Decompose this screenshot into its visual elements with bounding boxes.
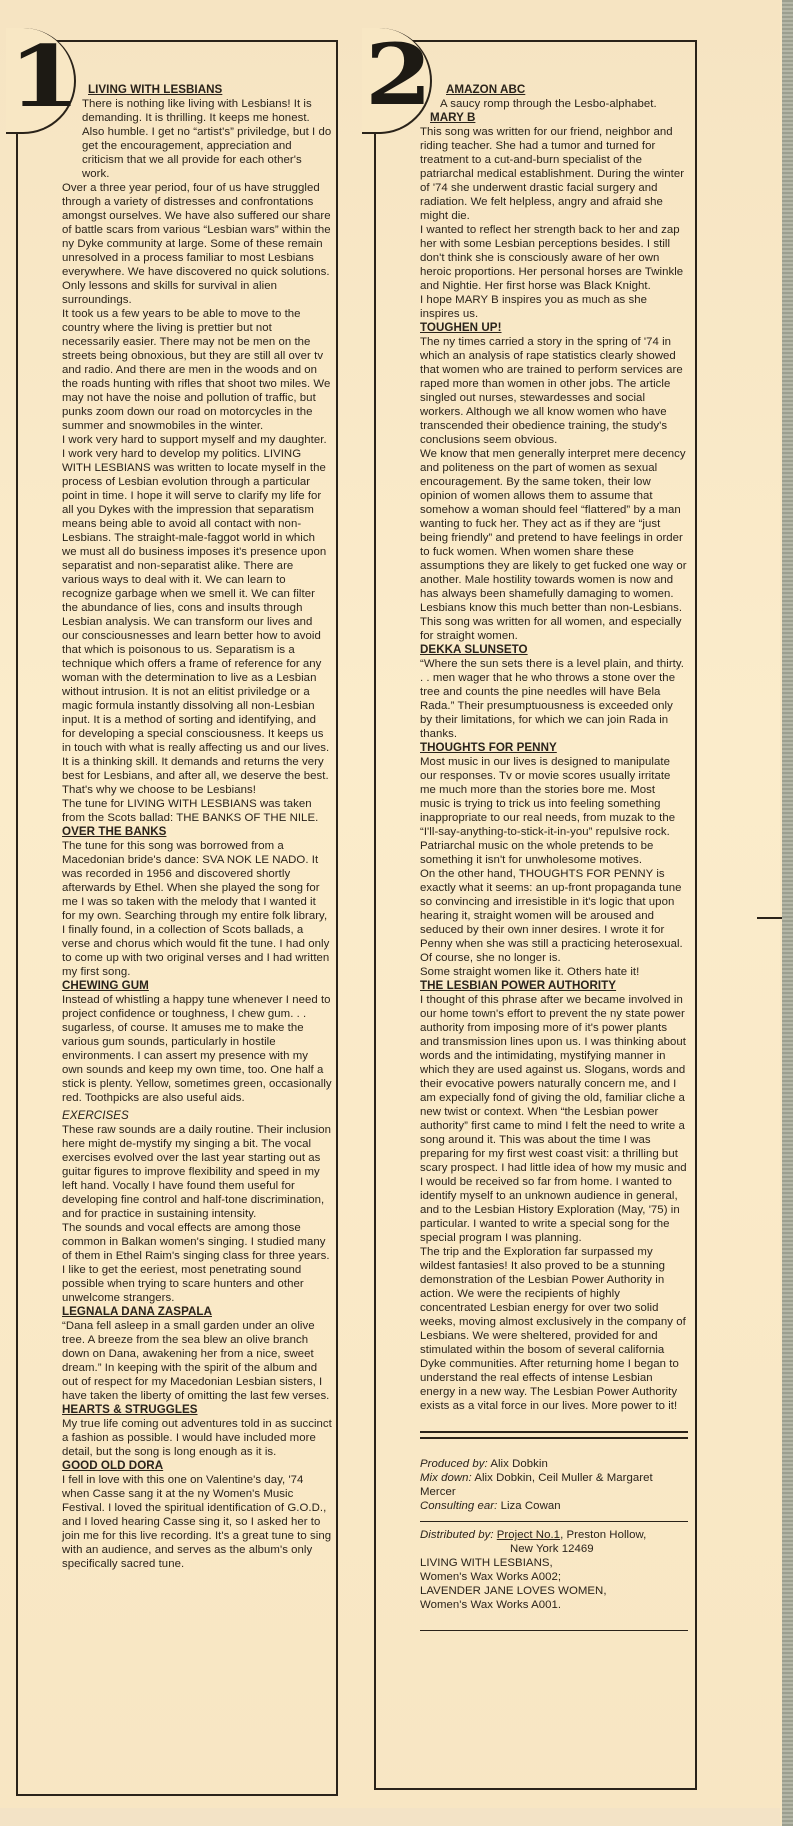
- song-note: I wanted to reflect her strength back to…: [420, 223, 688, 293]
- credit-value: Liza Cowan: [501, 1500, 561, 1512]
- song-note: The sounds and vocal effects are among t…: [62, 1221, 332, 1305]
- song-note: “Dana fell asleep in a small garden unde…: [62, 1319, 332, 1403]
- song-title: MARY B: [420, 111, 688, 125]
- song-note: The ny times carried a story in the spri…: [420, 335, 688, 447]
- song-title: AMAZON ABC: [420, 83, 688, 97]
- song-note: Some straight women like it. Others hate…: [420, 965, 688, 979]
- song-title: CHEWING GUM: [62, 979, 332, 993]
- distribution-label: Distributed by:: [420, 1529, 494, 1541]
- song-note: I fell in love with this one on Valentin…: [62, 1473, 332, 1571]
- distributor-address: , Preston Hollow,: [560, 1529, 646, 1541]
- song-title: OVER THE BANKS: [62, 825, 332, 839]
- song-note: The trip and the Exploration far surpass…: [420, 1245, 688, 1413]
- song-title: EXERCISES: [62, 1109, 332, 1123]
- song-note: I thought of this phrase after we became…: [420, 993, 688, 1245]
- liner-notes-column-2: AMAZON ABC A saucy romp through the Lesb…: [420, 83, 688, 1637]
- record-entry: Women's Wax Works A001.: [420, 1598, 688, 1612]
- margin-tick-mark: [757, 917, 782, 919]
- song-title: LEGNALA DANA ZASPALA: [62, 1305, 332, 1319]
- song-note: It took us a few years to be able to mov…: [62, 307, 332, 433]
- song-note: Instead of whistling a happy tune whenev…: [62, 993, 332, 1105]
- record-entry: LAVENDER JANE LOVES WOMEN,: [420, 1584, 688, 1598]
- bottom-margin: [0, 1808, 780, 1826]
- song-note: Over a three year period, four of us hav…: [62, 181, 332, 307]
- record-entry: Women's Wax Works A002;: [420, 1570, 688, 1584]
- song-title: THE LESBIAN POWER AUTHORITY: [420, 979, 688, 993]
- song-note: This song was written for our friend, ne…: [420, 125, 688, 223]
- song-note: The tune for LIVING WITH LESBIANS was ta…: [62, 797, 332, 825]
- divider-rule: [420, 1521, 688, 1522]
- credit-mixdown: Mix down: Alix Dobkin, Ceil Muller & Mar…: [420, 1471, 688, 1499]
- distributor-city: New York 12469: [420, 1542, 688, 1556]
- credit-label: Mix down:: [420, 1472, 472, 1484]
- song-title: HEARTS & STRUGGLES: [62, 1403, 332, 1417]
- liner-notes-column-1: LIVING WITH LESBIANS There is nothing li…: [62, 83, 332, 1571]
- song-title: DEKKA SLUNSETO: [420, 643, 688, 657]
- distributor-name: Project No.1: [497, 1529, 560, 1541]
- song-note: “Where the sun sets there is a level pla…: [420, 657, 688, 741]
- distribution-line: Distributed by: Project No.1, Preston Ho…: [420, 1528, 688, 1542]
- double-rule-bottom: [420, 1437, 688, 1439]
- closing-rule: [420, 1630, 688, 1631]
- song-note: There is nothing like living with Lesbia…: [62, 97, 332, 181]
- song-title: TOUGHEN UP!: [420, 321, 688, 335]
- double-rule-top: [420, 1431, 688, 1433]
- song-note: A saucy romp through the Lesbo-alphabet.: [420, 97, 688, 111]
- song-title: GOOD OLD DORA: [62, 1459, 332, 1473]
- page-edge: [782, 0, 793, 1826]
- song-note: On the other hand, THOUGHTS FOR PENNY is…: [420, 867, 688, 965]
- song-note: These raw sounds are a daily routine. Th…: [62, 1123, 332, 1221]
- song-note: The tune for this song was borrowed from…: [62, 839, 332, 979]
- credit-label: Consulting ear:: [420, 1500, 497, 1512]
- credit-producer: Produced by: Alix Dobkin: [420, 1457, 688, 1471]
- song-note: We know that men generally interpret mer…: [420, 447, 688, 643]
- song-title: THOUGHTS FOR PENNY: [420, 741, 688, 755]
- song-note: Most music in our lives is designed to m…: [420, 755, 688, 867]
- credit-consulting-ear: Consulting ear: Liza Cowan: [420, 1499, 688, 1513]
- song-note: I hope MARY B inspires you as much as sh…: [420, 293, 688, 321]
- credit-value: Alix Dobkin: [490, 1458, 548, 1470]
- song-title: LIVING WITH LESBIANS: [62, 83, 332, 97]
- credit-label: Produced by:: [420, 1458, 488, 1470]
- record-entry: LIVING WITH LESBIANS,: [420, 1556, 688, 1570]
- song-note: My true life coming out adventures told …: [62, 1417, 332, 1459]
- song-note: I work very hard to support myself and m…: [62, 433, 332, 797]
